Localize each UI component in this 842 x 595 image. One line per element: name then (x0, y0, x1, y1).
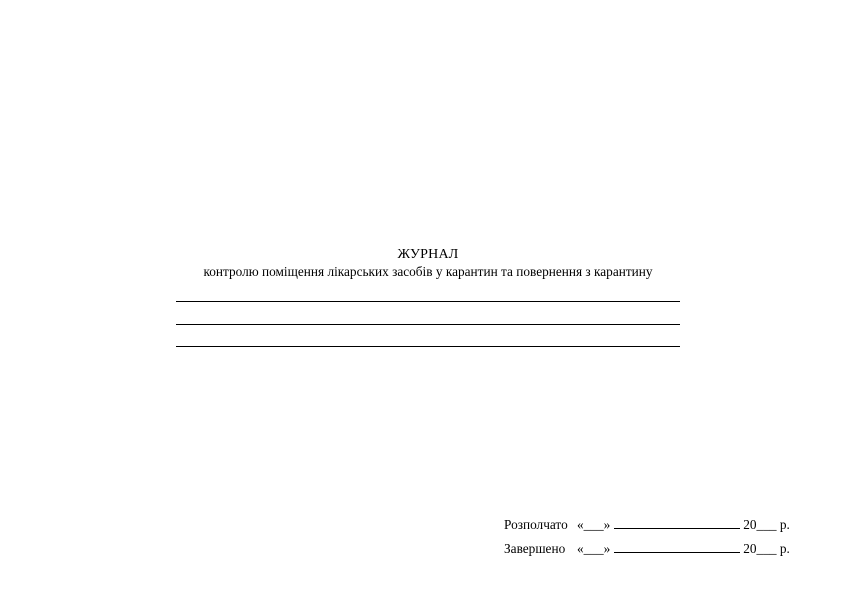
finished-year-field: 20___ (743, 541, 776, 556)
finished-date-row: Завершено«___»20___ р. (504, 541, 790, 557)
started-day-field: «___» (577, 517, 610, 533)
fill-line (176, 301, 680, 302)
started-label: Розполчато (504, 517, 577, 533)
fill-line (176, 346, 680, 347)
started-year-suffix: р. (780, 517, 790, 532)
journal-subtitle: контролю поміщення лікарських засобів у … (0, 264, 842, 280)
finished-day-field: «___» (577, 541, 610, 557)
finished-month-blank (614, 541, 740, 553)
started-year-field: 20___ (743, 517, 776, 532)
journal-title: ЖУРНАЛ (0, 247, 842, 263)
started-month-blank (614, 517, 740, 529)
finished-label: Завершено (504, 541, 577, 557)
document-page: ЖУРНАЛ контролю поміщення лікарських зас… (0, 0, 842, 595)
fill-line (176, 324, 680, 325)
finished-year-suffix: р. (780, 541, 790, 556)
started-date-row: Розполчато«___»20___ р. (504, 517, 790, 533)
